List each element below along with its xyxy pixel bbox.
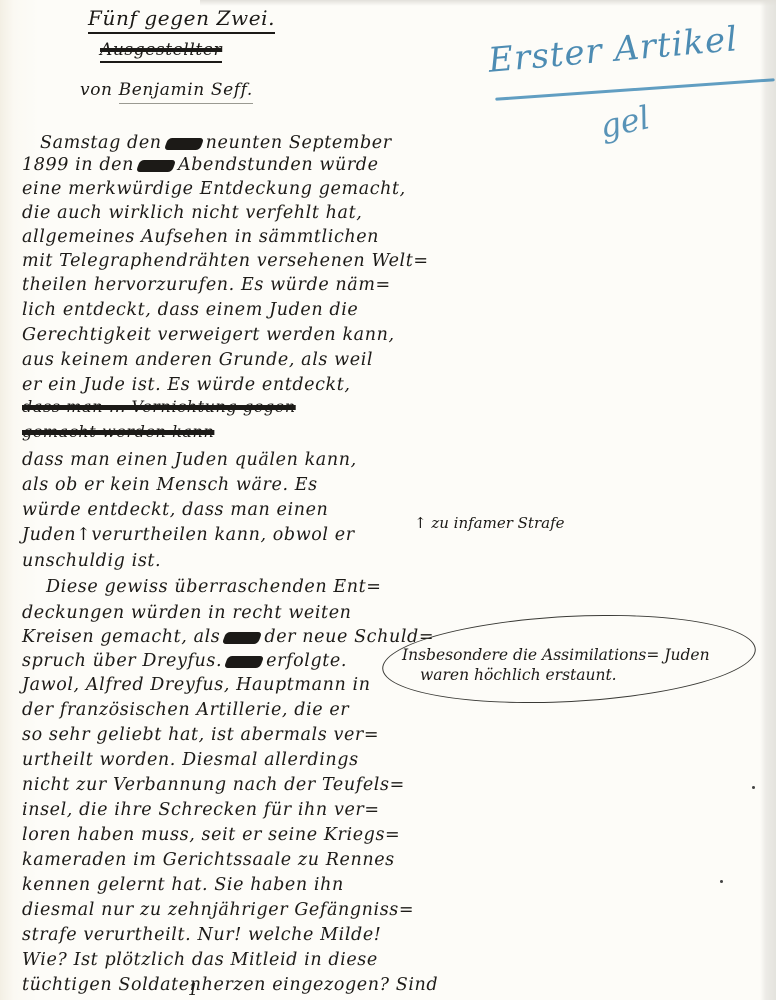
manuscript-line: kameraden im Gerichtssaale zu Rennes	[22, 847, 395, 873]
manuscript-line: so sehr geliebt hat, ist abermals ver=	[22, 722, 379, 748]
line-text: der französischen Artillerie, die er	[22, 700, 349, 720]
ink-speck	[752, 786, 755, 789]
manuscript-line: er ein Jude ist. Es würde entdeckt,	[22, 372, 351, 398]
manuscript-line: die auch wirklich nicht verfehlt hat,	[22, 200, 362, 226]
manuscript-line: insel, die ihre Schrecken für ihn ver=	[22, 797, 380, 823]
line-text: unschuldig ist.	[22, 551, 161, 571]
line-text: 1899 in den	[22, 155, 134, 175]
byline: von Benjamin Seff.	[80, 80, 253, 100]
manuscript-line: kennen gelernt hat. Sie haben ihn	[22, 872, 344, 898]
line-text: diesmal nur zu zehnjähriger Gefängniss=	[22, 900, 414, 920]
line-text: würde entdeckt, dass man einen	[22, 500, 328, 520]
line-text: theilen hervorzurufen. Es würde näm=	[22, 275, 391, 295]
line-text: gemacht werden kann	[22, 422, 214, 441]
line-text: die auch wirklich nicht verfehlt hat,	[22, 203, 362, 223]
manuscript-line: eine merkwürdige Entdeckung gemacht,	[22, 176, 406, 202]
oval-note-line-1: Insbesondere die Assimilations= Juden	[402, 646, 710, 664]
line-text: dass man einen Juden quälen kann,	[22, 450, 357, 470]
manuscript-line: 1899 in denAbendstunden würde	[22, 152, 379, 178]
line-text: Jawol, Alfred Dreyfus, Hauptmann in	[22, 675, 371, 695]
struck-manuscript-line: gemacht werden kann	[22, 422, 214, 441]
manuscript-line: Diese gewiss überraschenden Ent=	[46, 574, 382, 600]
oval-note-line-2: waren höchlich erstaunt.	[420, 666, 617, 684]
line-text: Diese gewiss überraschenden Ent=	[46, 577, 382, 597]
line-text: so sehr geliebt hat, ist abermals ver=	[22, 725, 379, 745]
manuscript-line: mit Telegraphendrähten versehenen Welt=	[22, 248, 429, 274]
line-text: spruch über Dreyfus.	[22, 651, 222, 671]
manuscript-line: urtheilt worden. Diesmal allerdings	[22, 747, 359, 773]
manuscript-line: würde entdeckt, dass man einen	[22, 497, 328, 523]
manuscript-line: strafe verurtheilt. Nur! welche Milde!	[22, 922, 381, 948]
line-text: aus keinem anderen Grunde, als weil	[22, 350, 373, 370]
manuscript-line: Wie? Ist plötzlich das Mitleid in diese	[22, 947, 378, 973]
line-text: urtheilt worden. Diesmal allerdings	[22, 750, 359, 770]
line-text: als ob er kein Mensch wäre. Es	[22, 475, 318, 495]
line-text: allgemeines Aufsehen in sämmtlichen	[22, 227, 379, 247]
manuscript-line: allgemeines Aufsehen in sämmtlichen	[22, 224, 379, 250]
manuscript-line: deckungen würden in recht weiten	[22, 600, 352, 626]
page-number: 1	[188, 980, 198, 999]
line-text: Samstag den	[40, 133, 162, 153]
line-text: loren haben muss, seit er seine Kriegs=	[22, 825, 400, 845]
line-text: nicht zur Verbannung nach der Teufels=	[22, 775, 405, 795]
manuscript-line: der französischen Artillerie, die er	[22, 697, 349, 723]
line-text: erfolgte.	[266, 651, 347, 671]
manuscript-line: tüchtigen Soldatenherzen eingezogen? Sin…	[22, 972, 438, 998]
manuscript-line: Juden↑verurtheilen kann, obwol er	[22, 522, 355, 548]
manuscript-line: nicht zur Verbannung nach der Teufels=	[22, 772, 405, 798]
line-text: insel, die ihre Schrecken für ihn ver=	[22, 800, 380, 820]
ink-strikeout	[136, 160, 176, 172]
manuscript-line: lich entdeckt, dass einem Juden die	[22, 297, 358, 323]
line-text: dass man ... Vernichtung gegen	[22, 397, 296, 416]
manuscript-line: als ob er kein Mensch wäre. Es	[22, 472, 318, 498]
manuscript-line: Gerechtigkeit verweigert werden kann,	[22, 322, 395, 348]
manuscript-line: Jawol, Alfred Dreyfus, Hauptmann in	[22, 672, 371, 698]
margin-insertion-note: ↑ zu infamer Strafe	[414, 514, 565, 532]
document-title: Fünf gegen Zwei.	[88, 6, 275, 34]
line-text: er ein Jude ist. Es würde entdeckt,	[22, 375, 351, 395]
line-text: kennen gelernt hat. Sie haben ihn	[22, 875, 344, 895]
manuscript-line: loren haben muss, seit er seine Kriegs=	[22, 822, 400, 848]
line-text: deckungen würden in recht weiten	[22, 603, 352, 623]
line-text: Gerechtigkeit verweigert werden kann,	[22, 325, 395, 345]
struck-subtitle: Ausgestellter	[100, 40, 222, 63]
line-text: neunten September	[206, 133, 392, 153]
line-text: mit Telegraphendrähten versehenen Welt=	[22, 251, 429, 271]
line-text: lich entdeckt, dass einem Juden die	[22, 300, 358, 320]
line-text: tüchtigen Soldatenherzen eingezogen? Sin…	[22, 975, 438, 995]
line-text: Kreisen gemacht, als	[22, 627, 220, 647]
ink-strikeout	[224, 656, 264, 668]
manuscript-line: dass man einen Juden quälen kann,	[22, 447, 357, 473]
manuscript-line: theilen hervorzurufen. Es würde näm=	[22, 272, 391, 298]
line-text: kameraden im Gerichtssaale zu Rennes	[22, 850, 395, 870]
manuscript-line: unschuldig ist.	[22, 548, 161, 574]
manuscript-line: spruch über Dreyfus.erfolgte.	[22, 648, 347, 674]
ink-strikeout	[222, 632, 262, 644]
line-text: Wie? Ist plötzlich das Mitleid in diese	[22, 950, 378, 970]
line-text: eine merkwürdige Entdeckung gemacht,	[22, 179, 406, 199]
manuscript-line: Kreisen gemacht, alsder neue Schuld=	[22, 624, 434, 650]
scan-top-shadow	[200, 0, 776, 6]
line-text: strafe verurtheilt. Nur! welche Milde!	[22, 925, 381, 945]
ink-strikeout	[163, 138, 203, 150]
line-text: Abendstunden würde	[178, 155, 379, 175]
manuscript-line: aus keinem anderen Grunde, als weil	[22, 347, 373, 373]
ink-speck	[720, 880, 723, 883]
line-text: Juden↑verurtheilen kann, obwol er	[22, 525, 355, 545]
author-name: Benjamin Seff.	[119, 80, 253, 104]
manuscript-line: diesmal nur zu zehnjähriger Gefängniss=	[22, 897, 414, 923]
byline-prefix: von	[80, 80, 113, 100]
struck-manuscript-line: dass man ... Vernichtung gegen	[22, 397, 296, 416]
